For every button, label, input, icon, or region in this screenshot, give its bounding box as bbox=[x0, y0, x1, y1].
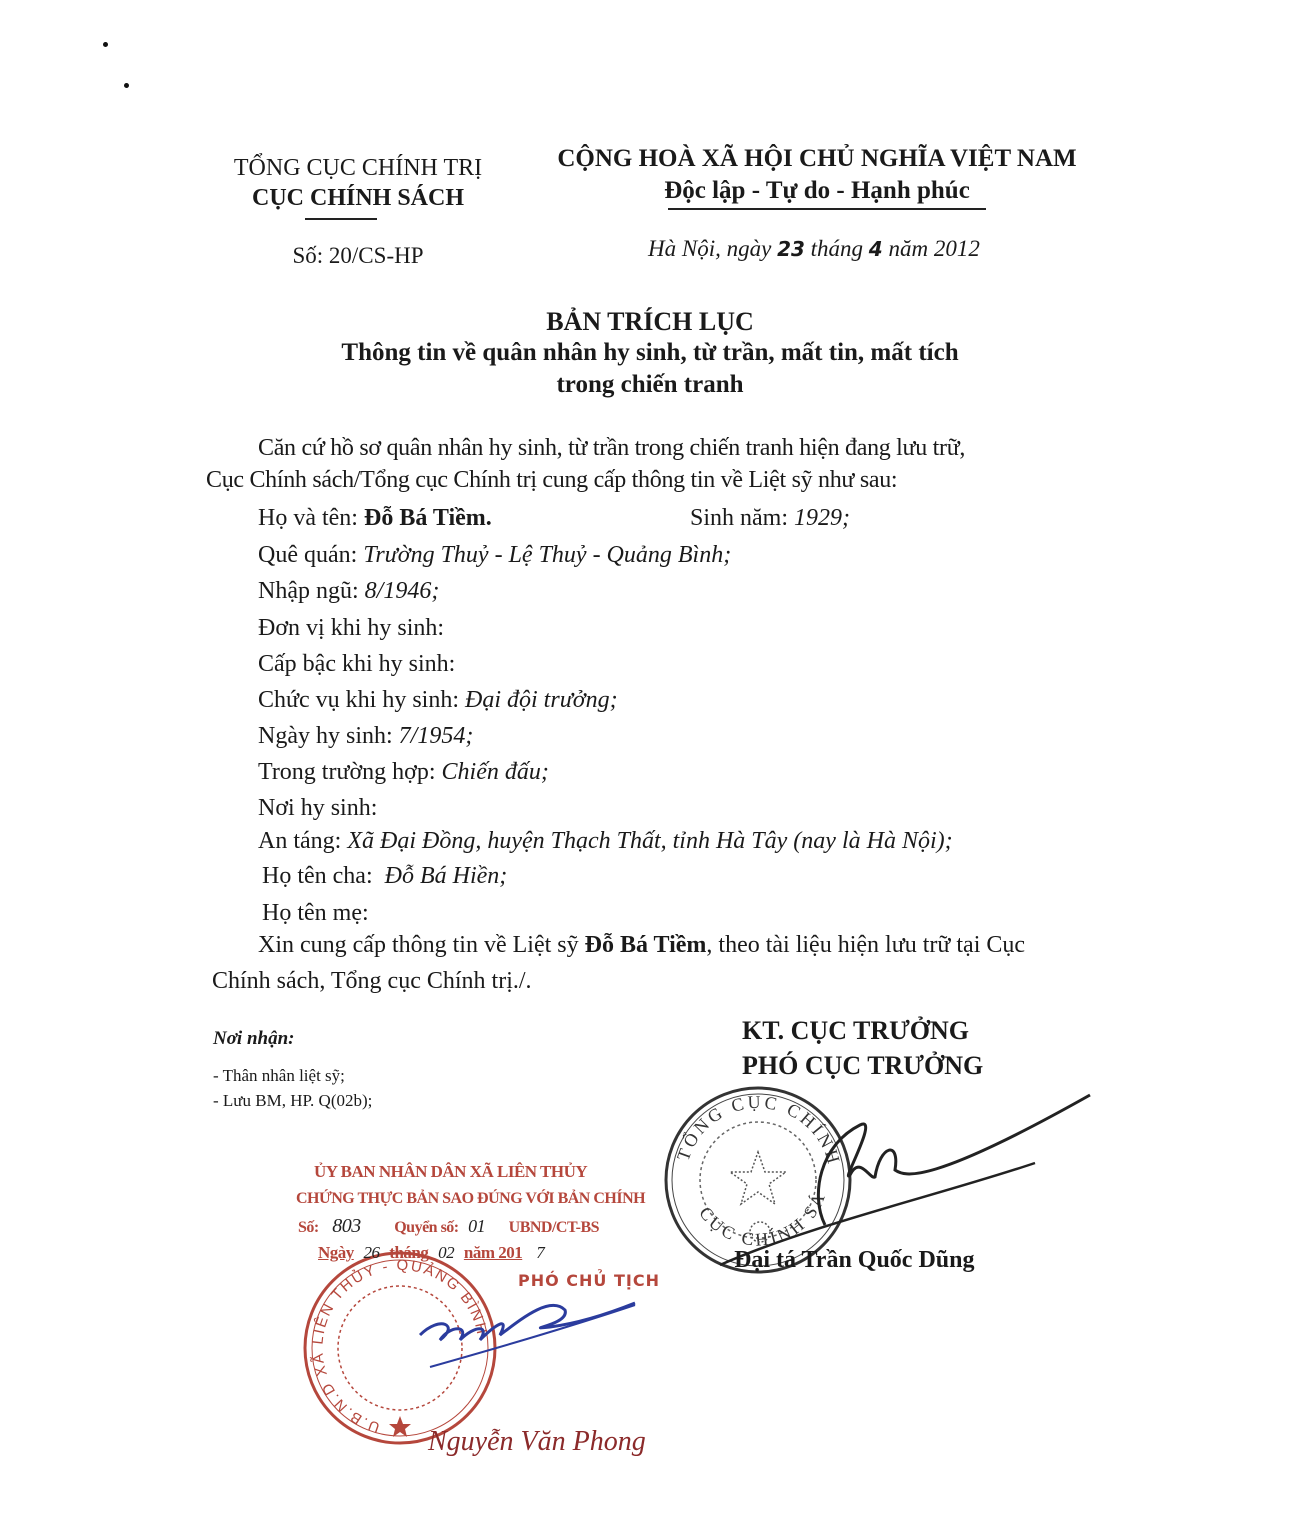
scan-speck bbox=[103, 42, 108, 47]
date-month-label: tháng bbox=[811, 236, 863, 261]
stamp-book-suffix: UBND/CT-BS bbox=[509, 1219, 599, 1236]
issue-date: Hà Nội, ngày 23 tháng 4 năm 2012 bbox=[648, 236, 980, 262]
recipient-item: - Thân nhân liệt sỹ; bbox=[213, 1066, 345, 1086]
closing-name: Đỗ Bá Tiềm bbox=[585, 932, 707, 958]
country-name: CỘNG HOÀ XÃ HỘI CHỦ NGHĨA VIỆT NAM bbox=[537, 145, 1097, 173]
date-month: 4 bbox=[869, 237, 883, 261]
document-number: Số: 20/CS-HP bbox=[208, 243, 508, 269]
burial-label: An táng: bbox=[258, 828, 341, 854]
enlist-value: 8/1946; bbox=[365, 578, 440, 604]
birth-label: Sinh năm: bbox=[690, 505, 788, 531]
stamp-number-value: 803 bbox=[332, 1215, 361, 1237]
field-rank: Cấp bậc khi hy sinh: bbox=[258, 651, 455, 678]
intro-line-1: Căn cứ hồ sơ quân nhân hy sinh, từ trần … bbox=[258, 435, 965, 462]
stamp-role: PHÓ CHỦ TỊCH bbox=[518, 1271, 660, 1290]
birth-value: 1929; bbox=[794, 505, 850, 531]
field-circumstance: Trong trường hợp: Chiến đấu; bbox=[258, 759, 549, 786]
stamp-date-label: Ngày bbox=[318, 1243, 354, 1262]
closing-suffix: , theo tài liệu hiện lưu trữ tại Cục bbox=[706, 932, 1025, 958]
recipients-label: Nơi nhận: bbox=[213, 1028, 294, 1050]
stamp-line-1: ỦY BAN NHÂN DÂN XÃ LIÊN THỦY bbox=[314, 1162, 587, 1182]
field-death-date: Ngày hy sinh: 7/1954; bbox=[258, 723, 473, 750]
father-value: Đỗ Bá Hiền; bbox=[385, 863, 508, 889]
agency-line-1: TỔNG CỤC CHÍNH TRỊ bbox=[208, 155, 508, 182]
death-date-label: Ngày hy sinh: bbox=[258, 723, 393, 749]
stamp-signer: Nguyễn Văn Phong bbox=[428, 1426, 646, 1458]
field-name: Họ và tên: Đỗ Bá Tiềm. bbox=[258, 505, 492, 532]
motto: Độc lập - Tự do - Hạnh phúc bbox=[537, 177, 1097, 205]
stamp-date-line: Ngày 26 tháng 02 năm 2017 bbox=[318, 1243, 544, 1263]
stamp-book-value: 01 bbox=[468, 1216, 485, 1236]
stamp-signature-scribble bbox=[400, 1295, 650, 1375]
field-position: Chức vụ khi hy sinh: Đại đội trưởng; bbox=[258, 687, 618, 714]
document-subtitle-1: Thông tin về quân nhân hy sinh, từ trần,… bbox=[200, 339, 1100, 367]
field-burial: An táng: Xã Đại Đồng, huyện Thạch Thất, … bbox=[258, 828, 953, 855]
closing-line-1: Xin cung cấp thông tin về Liệt sỹ Đỗ Bá … bbox=[258, 932, 1025, 959]
stamp-number-line: Số: 803 Quyển số: 01 UBND/CT-BS bbox=[298, 1215, 599, 1238]
signer-name: Đại tá Trần Quốc Dũng bbox=[734, 1247, 974, 1274]
field-birth-year: Sinh năm: 1929; bbox=[690, 505, 850, 532]
mother-label: Họ tên mẹ: bbox=[262, 900, 369, 926]
unit-label: Đơn vị khi hy sinh: bbox=[258, 615, 444, 641]
signature-title-1: KT. CỤC TRƯỞNG bbox=[742, 1016, 969, 1046]
name-label: Họ và tên: bbox=[258, 505, 358, 531]
death-date-value: 7/1954; bbox=[399, 723, 474, 749]
motto-underline bbox=[668, 208, 986, 210]
stamp-line-2: CHỨNG THỰC BẢN SAO ĐÚNG VỚI BẢN CHÍNH bbox=[296, 1190, 645, 1208]
signature-title-2: PHÓ CỤC TRƯỞNG bbox=[742, 1051, 983, 1081]
field-death-place: Nơi hy sinh: bbox=[258, 795, 377, 822]
father-label: Họ tên cha: bbox=[262, 863, 373, 889]
enlist-label: Nhập ngũ: bbox=[258, 578, 359, 604]
agency-underline bbox=[305, 218, 377, 220]
intro-line-2: Cục Chính sách/Tổng cục Chính trị cung c… bbox=[206, 467, 897, 494]
stamp-book-label: Quyển số: bbox=[394, 1219, 458, 1236]
date-day: 23 bbox=[777, 237, 805, 261]
name-value: Đỗ Bá Tiềm. bbox=[364, 505, 492, 531]
star-icon bbox=[389, 1416, 411, 1437]
stamp-date-month: 02 bbox=[438, 1243, 454, 1262]
hometown-value: Trường Thuỷ - Lệ Thuỷ - Quảng Bình; bbox=[363, 542, 731, 568]
field-unit: Đơn vị khi hy sinh: bbox=[258, 615, 444, 642]
position-value: Đại đội trưởng; bbox=[465, 687, 618, 713]
hometown-label: Quê quán: bbox=[258, 542, 357, 568]
circumstance-value: Chiến đấu; bbox=[442, 759, 549, 785]
scan-speck bbox=[124, 83, 129, 88]
stamp-year-label: năm 201 bbox=[464, 1243, 522, 1262]
date-year: năm 2012 bbox=[888, 236, 979, 261]
date-prefix: Hà Nội, ngày bbox=[648, 236, 771, 261]
closing-prefix: Xin cung cấp thông tin về Liệt sỹ bbox=[258, 932, 579, 958]
recipient-item: - Lưu BM, HP. Q(02b); bbox=[213, 1091, 372, 1111]
closing-line-2: Chính sách, Tổng cục Chính trị./. bbox=[212, 968, 532, 995]
document-title: BẢN TRÍCH LỤC bbox=[200, 307, 1100, 337]
field-father: Họ tên cha: Đỗ Bá Hiền; bbox=[262, 863, 507, 890]
stamp-date-day: 26 bbox=[364, 1243, 380, 1262]
stamp-number-label: Số: bbox=[298, 1219, 319, 1236]
field-mother: Họ tên mẹ: bbox=[262, 900, 369, 927]
circumstance-label: Trong trường hợp: bbox=[258, 759, 436, 785]
agency-line-2: CỤC CHÍNH SÁCH bbox=[208, 185, 508, 212]
stamp-month-label: tháng bbox=[389, 1243, 428, 1262]
field-enlistment: Nhập ngũ: 8/1946; bbox=[258, 578, 439, 605]
death-place-label: Nơi hy sinh: bbox=[258, 795, 377, 821]
burial-value: Xã Đại Đồng, huyện Thạch Thất, tỉnh Hà T… bbox=[347, 828, 952, 854]
stamp-year-digit: 7 bbox=[536, 1243, 544, 1262]
rank-label: Cấp bậc khi hy sinh: bbox=[258, 651, 455, 677]
field-hometown: Quê quán: Trường Thuỷ - Lệ Thuỷ - Quảng … bbox=[258, 542, 731, 569]
document-subtitle-2: trong chiến tranh bbox=[200, 371, 1100, 399]
position-label: Chức vụ khi hy sinh: bbox=[258, 687, 459, 713]
